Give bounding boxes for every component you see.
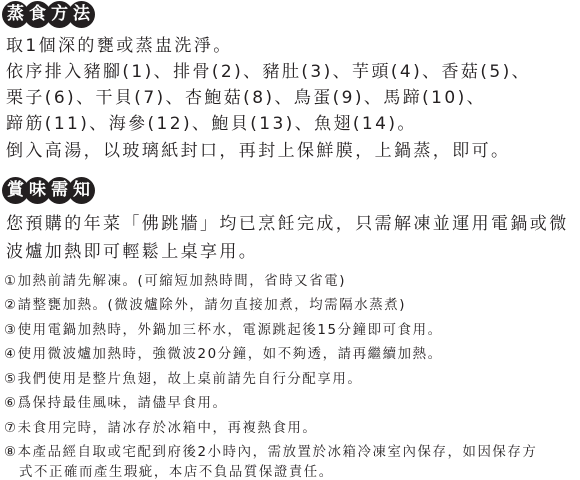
- heading-char: 知: [68, 177, 95, 204]
- steam-step-line: 栗子(6)、干貝(7)、杏鮑菇(8)、鳥蛋(9)、馬蹄(10)、: [6, 87, 486, 109]
- steam-step-line: 倒入高湯，以玻璃紙封口，再封上保鮮膜，上鍋蒸，即可。: [6, 140, 510, 162]
- tasting-notes-heading: 賞 味 需 知: [2, 177, 90, 204]
- heading-char: 法: [68, 1, 95, 28]
- intro-line: 波爐加熱即可輕鬆上桌享用。: [6, 241, 258, 263]
- steam-step-line: 依序排入豬腳(1)、排骨(2)、豬肚(3)、芋頭(4)、香菇(5)、: [6, 61, 531, 83]
- note-item: ③使用電鍋加熱時，外鍋加三杯水，電源跳起後15分鐘即可食用。: [4, 322, 443, 340]
- steam-step-line: 取1個深的甕或蒸盅洗淨。: [6, 35, 233, 57]
- note-item: ②請整甕加熱。(微波爐除外，請勿直接加煮，均需隔水蒸煮): [4, 297, 406, 315]
- note-item-continuation: 式不正確而產生瑕疵，本店不負品質保證責任。: [4, 464, 334, 480]
- intro-line: 您預購的年菜「佛跳牆」均已烹飪完成，只需解凍並運用電鍋或微: [6, 213, 569, 235]
- steam-step-line: 蹄筋(11)、海參(12)、鮑貝(13)、魚翅(14)。: [6, 113, 417, 135]
- note-item: ⑥爲保持最佳風味，請儘早食用。: [4, 395, 227, 413]
- note-item: ④使用微波爐加熱時，強微波20分鐘，如不夠透，請再繼續加熱。: [4, 346, 443, 364]
- note-item: ⑤我們使用是整片魚翅，故上桌前請先自行分配享用。: [4, 371, 362, 389]
- steaming-method-heading: 蒸 食 方 法: [2, 1, 90, 28]
- note-item: ⑧本產品經自取或宅配到府後2小時內，需放置於冰箱冷凍室內保存，如因保存方: [4, 444, 537, 462]
- note-item: ①加熱前請先解凍。(可縮短加熱時間，省時又省電): [4, 273, 346, 291]
- note-item: ⑦未食用完時，請冰存於冰箱中，再複熱食用。: [4, 420, 317, 438]
